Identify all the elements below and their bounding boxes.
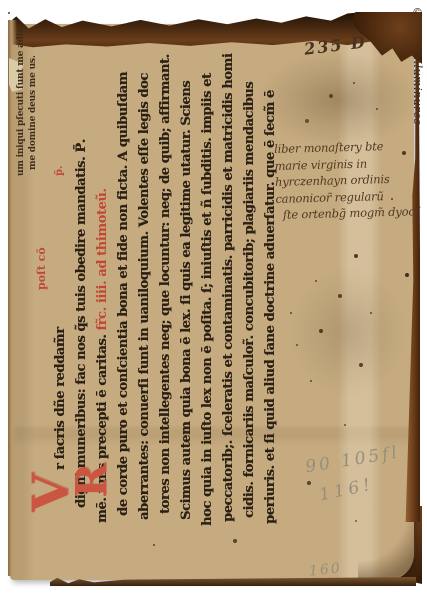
red-initial-r: R [71, 463, 113, 498]
text-lines: r ſacris dñe reddam̃r digni muneribus: f… [14, 28, 281, 528]
book-photo: V R um iniqui pſecuti ſunt me adiuua me … [8, 12, 422, 588]
text-line: periuris. et ſi quid aliud ſane doctrine… [260, 28, 281, 524]
text-line: aberrantes: conuerſi ſunt in uaniloquium… [134, 28, 155, 520]
text-line: tores non intellegentes neq; que locuntu… [155, 28, 176, 514]
manuscript-photo-page: © Les Enluminures V R um iniqui pſecuti … [0, 0, 427, 600]
text-line: hoc quia in iuſto lex non ē poſita. ſ; i… [197, 28, 218, 526]
text-line: cidis. fornicariis maſculor̃. concubitor… [239, 28, 260, 518]
ink-specks [8, 12, 10, 14]
text-line: r ſacris dñe reddam̃r [50, 28, 71, 470]
margin-line: um iniqui pſecuti ſunt me adiuua [16, 28, 26, 176]
margin-line: me domine deus me us. [28, 55, 38, 170]
text-line: Scimus autem quia bona ē lex. ſi quis ea… [176, 28, 197, 520]
text-line: digni muneribus: fac nos q̃s tuis obedir… [71, 28, 92, 508]
red-rubric-postcommunio: poſt cō [35, 247, 48, 290]
red-paragraph-mark: p̃. [54, 166, 65, 176]
text-line: peccatorib;. ſceleratis et contaminatis.… [218, 28, 239, 522]
manuscript-text-block: V R um iniqui pſecuti ſunt me adiuua me … [14, 28, 290, 528]
text-line: mē. finis precepti ē caritas. fr̃c. iiii… [92, 28, 113, 523]
ownership-inscription: liber monaſtery bte marie virginis in hy… [274, 137, 426, 223]
pencil-number-mark: 160 [308, 560, 342, 579]
text-line: de corde puro et conſcientia bona et fid… [113, 28, 134, 516]
